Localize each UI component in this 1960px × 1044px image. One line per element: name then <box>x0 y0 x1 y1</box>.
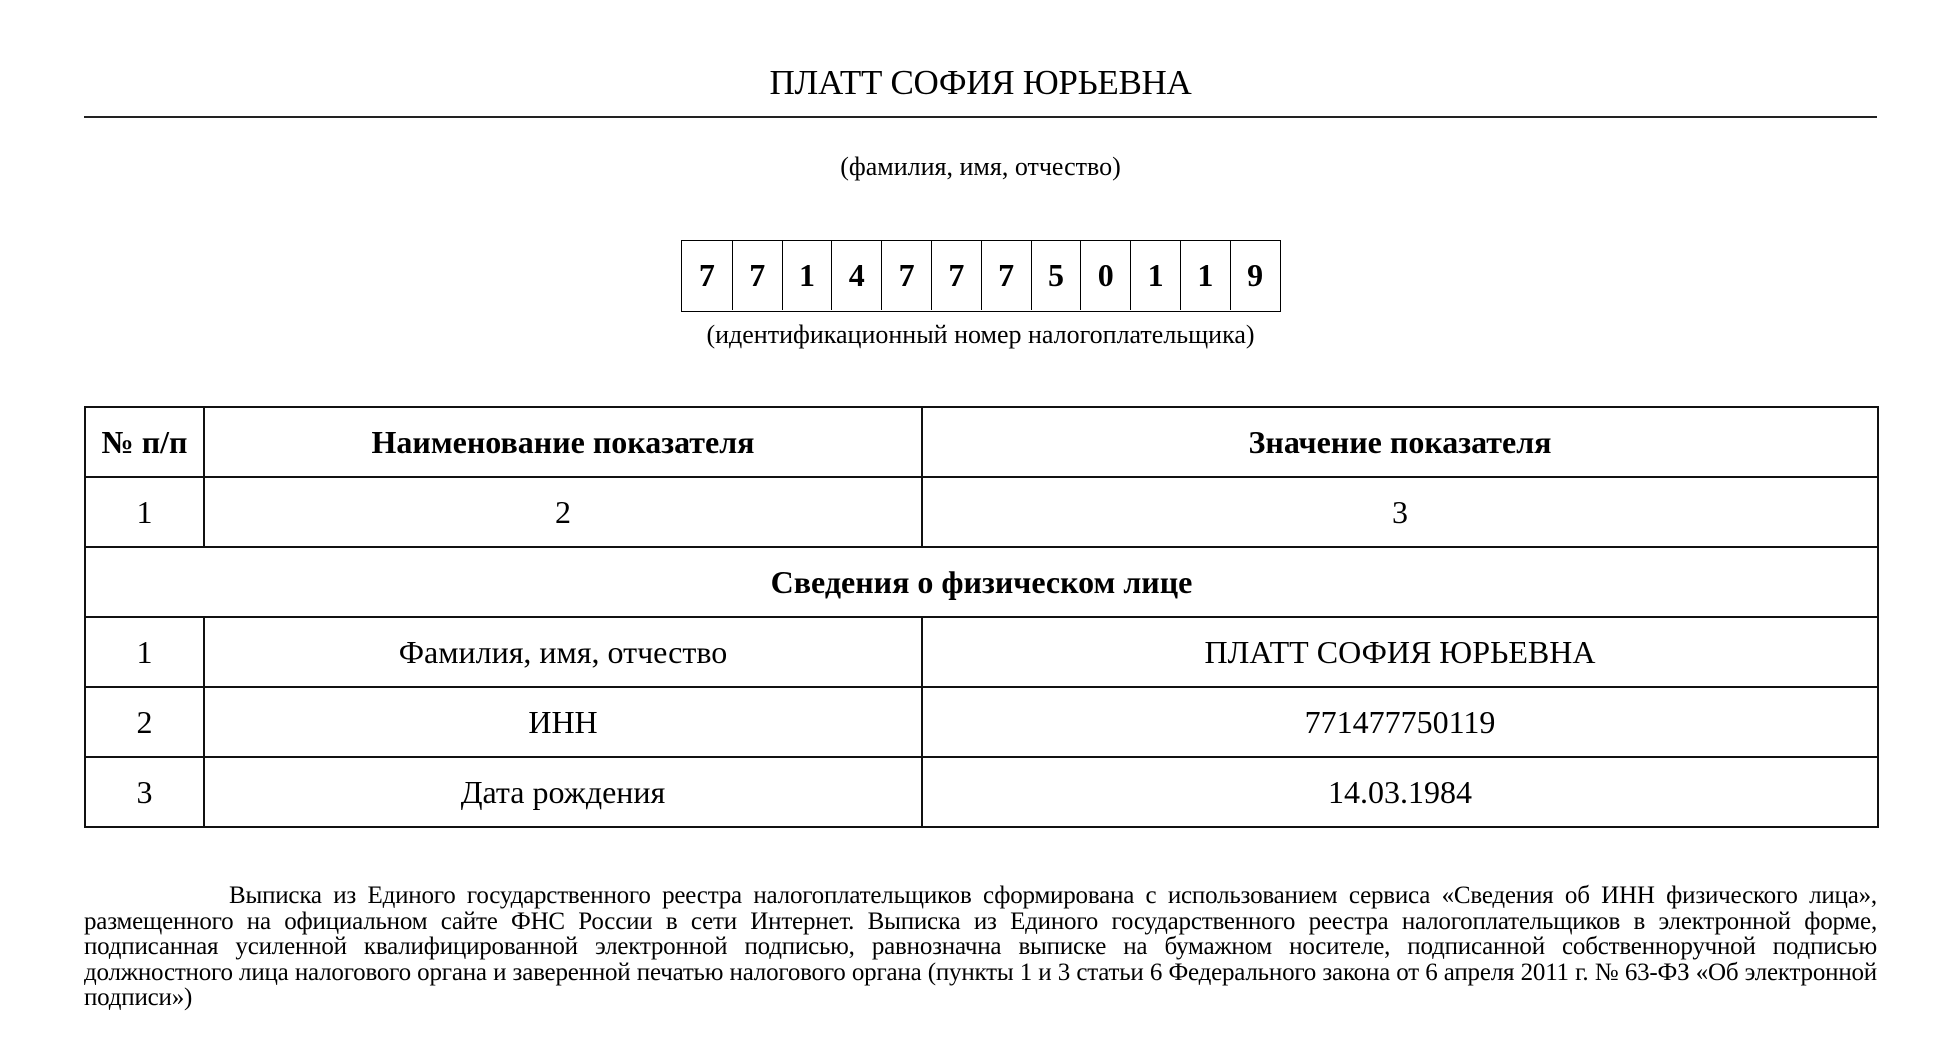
legal-notice: Выписка из Единого государственного реес… <box>84 883 1877 1011</box>
column-number: 3 <box>922 477 1878 547</box>
inn-digit: 1 <box>1130 241 1180 310</box>
column-number: 2 <box>204 477 922 547</box>
row-value: ПЛАТТ СОФИЯ ЮРЬЕВНА <box>922 617 1878 687</box>
row-label: ИНН <box>204 687 922 757</box>
column-number: 1 <box>85 477 204 547</box>
table-row: 3 Дата рождения 14.03.1984 <box>85 757 1878 827</box>
row-number: 1 <box>85 617 204 687</box>
name-underline <box>84 116 1877 118</box>
inn-digit: 1 <box>782 241 832 310</box>
row-label: Дата рождения <box>204 757 922 827</box>
inn-digit: 7 <box>931 241 981 310</box>
inn-digit: 4 <box>831 241 881 310</box>
row-number: 2 <box>85 687 204 757</box>
table-row: 1 Фамилия, имя, отчество ПЛАТТ СОФИЯ ЮРЬ… <box>85 617 1878 687</box>
inn-digit: 1 <box>1180 241 1230 310</box>
inn-digit: 7 <box>682 241 732 310</box>
table-row: 2 ИНН 771477750119 <box>85 687 1878 757</box>
header-number: № п/п <box>85 407 204 477</box>
row-value: 14.03.1984 <box>922 757 1878 827</box>
table-header-row: № п/п Наименование показателя Значение п… <box>85 407 1878 477</box>
inn-digit: 0 <box>1080 241 1130 310</box>
section-title: Сведения о физическом лице <box>85 547 1878 617</box>
header-indicator-name: Наименование показателя <box>204 407 922 477</box>
taxpayer-full-name: ПЛАТТ СОФИЯ ЮРЬЕВНА <box>84 62 1877 104</box>
header-indicator-value: Значение показателя <box>922 407 1878 477</box>
column-number-row: 1 2 3 <box>85 477 1878 547</box>
row-label: Фамилия, имя, отчество <box>204 617 922 687</box>
row-number: 3 <box>85 757 204 827</box>
inn-digit-boxes: 7 7 1 4 7 7 7 5 0 1 1 9 <box>681 240 1281 312</box>
inn-caption: (идентификационный номер налогоплательщи… <box>84 320 1877 350</box>
inn-digit: 9 <box>1230 241 1280 310</box>
row-value: 771477750119 <box>922 687 1878 757</box>
section-row: Сведения о физическом лице <box>85 547 1878 617</box>
inn-digit: 7 <box>881 241 931 310</box>
taxpayer-info-table: № п/п Наименование показателя Значение п… <box>84 406 1879 828</box>
full-name-caption: (фамилия, имя, отчество) <box>84 152 1877 182</box>
inn-digit: 5 <box>1031 241 1081 310</box>
inn-digit: 7 <box>981 241 1031 310</box>
inn-digit: 7 <box>732 241 782 310</box>
